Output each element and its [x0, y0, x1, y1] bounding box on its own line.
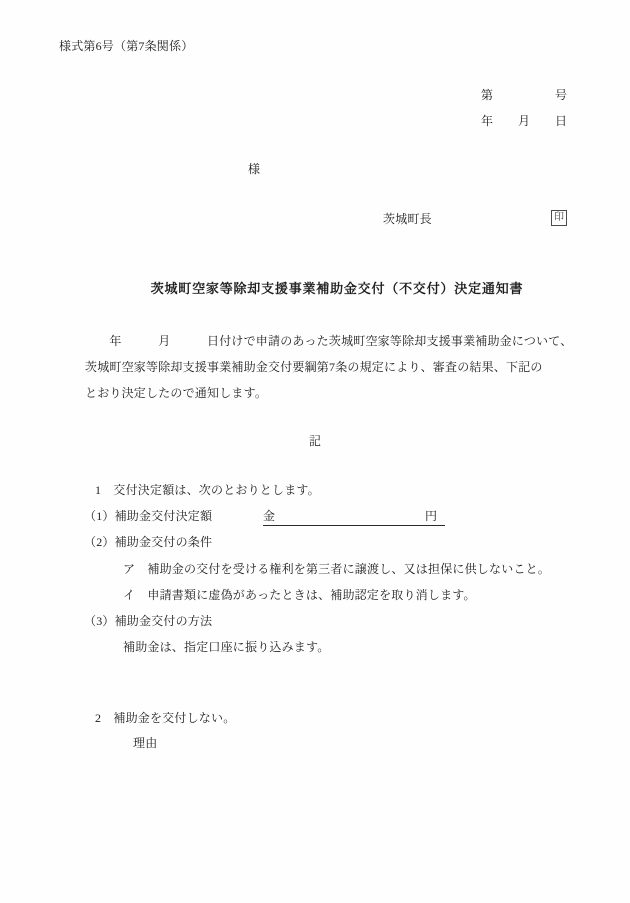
amount-unit: 円 [425, 507, 437, 525]
item-1-2-condition-i: イ 申請書類に虚偽があったときは、補助認定を取り消します。 [123, 586, 476, 604]
item-1-2-heading: （2）補助金交付の条件 [84, 533, 212, 551]
date-day-label: 日 [555, 112, 567, 130]
doc-number-line: 第 号 [481, 86, 567, 104]
body-paragraph-line-1: 年 月 日付けで申請のあった茨城町空家等除却支援事業補助金について、 [85, 332, 572, 350]
item-2-heading: 2 補助金を交付しない。 [95, 709, 235, 727]
item-1-2-condition-a: ア 補助金の交付を受ける権利を第三者に譲渡し、又は担保に供しないこと。 [123, 560, 550, 578]
amount-blank-field: 金 円 [263, 507, 445, 526]
item-2-reason-label: 理由 [133, 734, 157, 752]
seal-mark: 印 [554, 213, 564, 223]
form-number: 様式第6号（第7条関係） [59, 37, 193, 55]
item-1-3-heading: （3）補助金交付の方法 [84, 612, 212, 630]
doc-number-prefix: 第 [481, 86, 493, 104]
date-line: 年 月 日 [481, 112, 567, 130]
seal-box: 印 [551, 210, 567, 226]
doc-number-suffix: 号 [555, 86, 567, 104]
recipient-honorific: 様 [248, 160, 260, 178]
sender-title: 茨城町長 [383, 210, 432, 228]
item-1-heading: 1 交付決定額は、次のとおりとします。 [95, 481, 320, 499]
item-1-1-label: （1）補助金交付決定額 [84, 507, 212, 525]
item-1-3-body: 補助金は、指定口座に振り込みます。 [123, 638, 329, 656]
record-marker: 記 [0, 432, 630, 450]
body-paragraph-line-3: とおり決定したので通知します。 [85, 384, 267, 402]
notice-document-page: 様式第6号（第7条関係） 第 号 年 月 日 様 茨城町長 印 茨城町空家等除却… [0, 0, 630, 903]
date-year-label: 年 [481, 112, 493, 130]
body-paragraph-line-2: 茨城町空家等除却支援事業補助金交付要綱第7条の規定により、審査の結果、下記の [85, 358, 543, 376]
amount-prefix: 金 [263, 507, 275, 525]
date-month-label: 月 [518, 112, 530, 130]
document-title: 茨城町空家等除却支援事業補助金交付（不交付）決定通知書 [0, 279, 630, 298]
